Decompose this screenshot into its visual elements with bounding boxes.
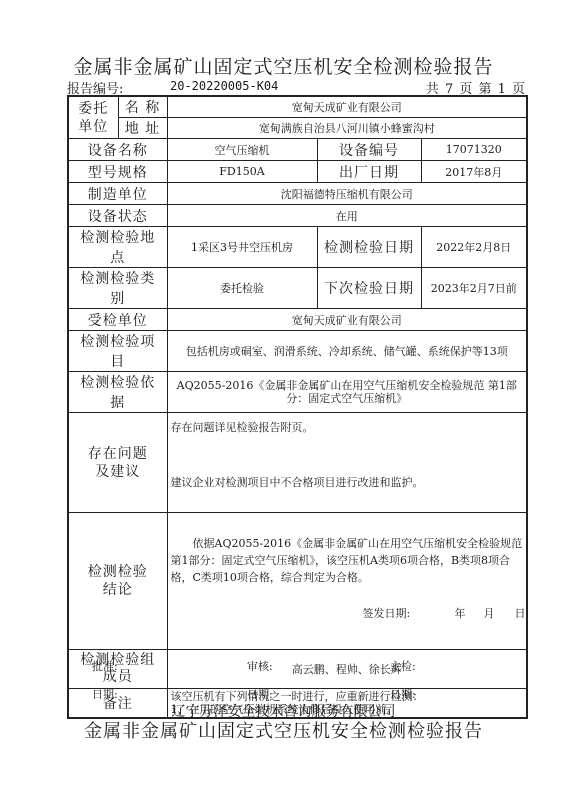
report-table: 委托 单位 名 称 宽甸天成矿业有限公司 地 址 宽甸满族自治县八河川镇小蜂蜜沟… bbox=[67, 95, 528, 719]
issues-line-1: 存在问题详见检验报告附页。 bbox=[171, 419, 524, 436]
location: 1采区3号井空压机房 bbox=[167, 227, 317, 268]
client-addr-label: 地 址 bbox=[118, 118, 167, 139]
items: 包括机房或硐室、润滑系统、冷却系统、储气罐、系统保护等13项 bbox=[167, 331, 527, 372]
footer-title: 金属非金属矿山固定式空压机安全检测检验报告 bbox=[0, 717, 567, 743]
next-date: 2023年2月7日前 bbox=[421, 268, 527, 309]
issue-date-year: 年 bbox=[455, 605, 466, 622]
approve-date-label: 日期: bbox=[92, 686, 118, 702]
client-name: 宽甸天成矿业有限公司 bbox=[167, 96, 527, 118]
device-name: 空气压缩机 bbox=[167, 139, 317, 161]
inspected-unit: 宽甸天成矿业有限公司 bbox=[167, 309, 527, 331]
model-label: 型号规格 bbox=[68, 161, 167, 183]
issue-date-month: 月 bbox=[484, 605, 495, 622]
status-label: 设备状态 bbox=[68, 205, 167, 227]
mfg-date: 2017年8月 bbox=[421, 161, 527, 183]
issues-label: 存在问题 及建议 bbox=[68, 413, 167, 513]
device-status: 在用 bbox=[167, 205, 527, 227]
basis-label: 检测检验依据 bbox=[68, 372, 167, 413]
category-label: 检测检验类别 bbox=[68, 268, 167, 309]
issues-line-2: 建议企业对检测项目中不合格项目进行改进和监护。 bbox=[171, 474, 524, 491]
review-label: 审核: bbox=[247, 658, 273, 674]
review-date-label: 日期: bbox=[247, 686, 273, 702]
location-label: 检测检验地点 bbox=[68, 227, 167, 268]
members: 高云鹏、程帅、徐长辉 bbox=[167, 650, 527, 689]
device-no: 17071320 bbox=[421, 139, 527, 161]
inspector-date-label: 日期: bbox=[390, 686, 416, 702]
next-date-label: 下次检验日期 bbox=[317, 268, 421, 309]
conclusion-cell: 依据AQ2055-2016《金属非金属矿山在用空气压缩机安全检验规范第1部分：固… bbox=[167, 513, 527, 650]
maker-label: 制造单位 bbox=[68, 183, 167, 205]
device-no-label: 设备编号 bbox=[317, 139, 421, 161]
maker: 沈阳福德特压缩机有限公司 bbox=[167, 183, 527, 205]
issue-date: 签发日期: 年 月 日 bbox=[363, 605, 523, 622]
client-addr: 宽甸满族自治县八河川镇小蜂蜜沟村 bbox=[167, 118, 527, 139]
conclusion-text: 依据AQ2055-2016《金属非金属矿山在用空气压缩机安全检验规范第1部分：固… bbox=[171, 535, 524, 586]
issue-date-day: 日 bbox=[515, 605, 526, 622]
report-no: 20-20220005-K04 bbox=[170, 79, 278, 93]
conclusion-label: 检测检验 结论 bbox=[68, 513, 167, 650]
inspector-label: 主检: bbox=[390, 658, 416, 674]
issues-cell: 存在问题详见检验报告附页。 建议企业对检测项目中不合格项目进行改进和监护。 bbox=[167, 413, 527, 513]
client-name-label: 名 称 bbox=[118, 96, 167, 118]
category: 委托检验 bbox=[167, 268, 317, 309]
issue-date-label: 签发日期: bbox=[363, 607, 411, 620]
device-name-label: 设备名称 bbox=[68, 139, 167, 161]
basis: AQ2055-2016《金属非金属矿山在用空气压缩机安全检验规范 第1部分：固定… bbox=[167, 372, 527, 413]
insp-date: 2022年2月8日 bbox=[421, 227, 527, 268]
inspected-unit-label: 受检单位 bbox=[68, 309, 167, 331]
approve-label: 批准: bbox=[92, 658, 118, 674]
client-group-label: 委托 单位 bbox=[68, 96, 118, 139]
report-title: 金属非金属矿山固定式空压机安全检测检验报告 bbox=[0, 52, 567, 79]
mfg-date-label: 出厂日期 bbox=[317, 161, 421, 183]
insp-date-label: 检测检验日期 bbox=[317, 227, 421, 268]
model: FD150A bbox=[167, 161, 317, 183]
items-label: 检测检验项目 bbox=[68, 331, 167, 372]
